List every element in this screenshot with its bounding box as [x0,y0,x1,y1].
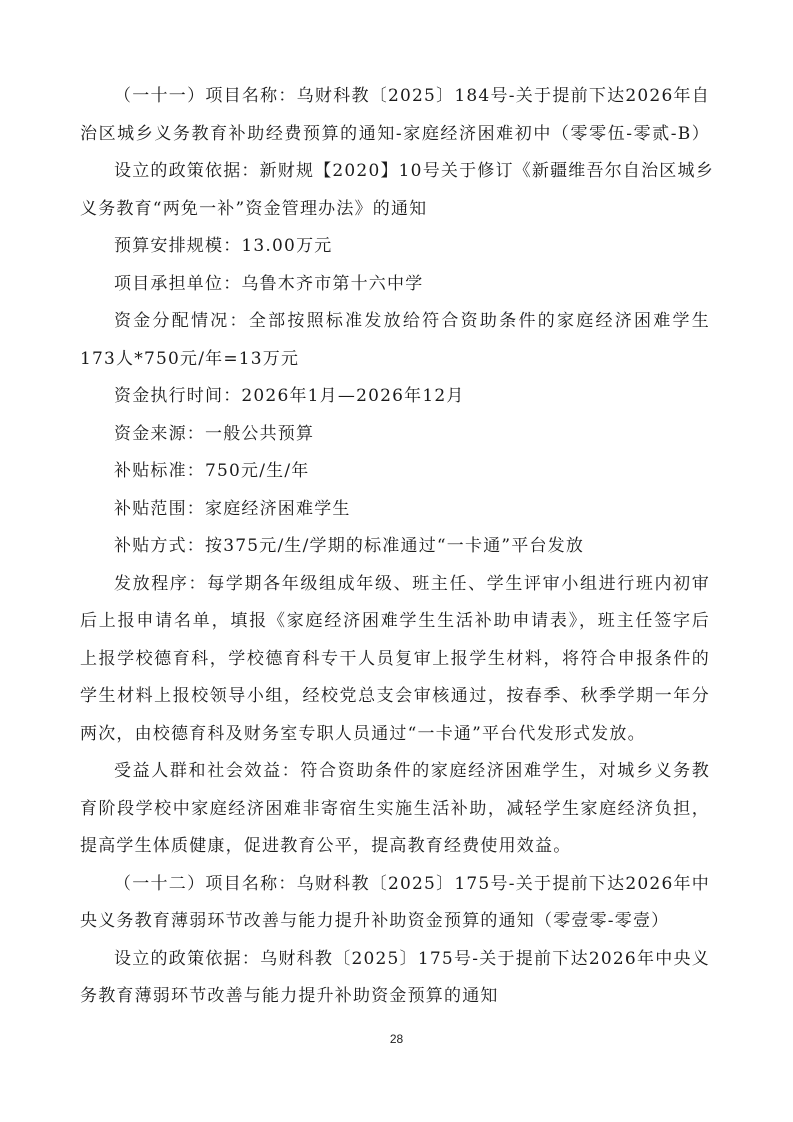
distribution-procedure-line-5: 两次，由校德育科及财务室专职人员通过“一卡通”平台代发形式发放。 [80,716,710,754]
fund-source: 资金来源：一般公共预算 [80,416,710,454]
document-page: （一十一）项目名称：乌财科教〔2025〕184号-关于提前下达2026年自 治区… [0,0,793,1122]
distribution-procedure-line-4: 学生材料上报校领导小组，经校党总支会审核通过，按春季、秋季学期一年分 [80,678,710,716]
subsidy-method: 补贴方式：按375元/生/学期的标准通过“一卡通”平台发放 [80,528,710,566]
beneficiaries-line-1: 受益人群和社会效益：符合资助条件的家庭经济困难学生，对城乡义务教 [80,753,710,791]
project-12-policy-line-2: 务教育薄弱环节改善与能力提升补助资金预算的通知 [80,978,710,1016]
distribution-procedure-line-3: 上报学校德育科，学校德育科专干人员复审上报学生材料，将符合申报条件的 [80,641,710,679]
project-11-title-line-2: 治区城乡义务教育补助经费预算的通知-家庭经济困难初中（零零伍-零贰-B） [80,116,710,154]
project-11-title-line-1: （一十一）项目名称：乌财科教〔2025〕184号-关于提前下达2026年自 [80,78,710,116]
distribution-procedure-line-1: 发放程序：每学期各年级组成年级、班主任、学生评审小组进行班内初审 [80,566,710,604]
beneficiaries-line-2: 育阶段学校中家庭经济困难非寄宿生实施生活补助，减轻学生家庭经济负担， [80,791,710,829]
budget-scale: 预算安排规模：13.00万元 [80,228,710,266]
document-body: （一十一）项目名称：乌财科教〔2025〕184号-关于提前下达2026年自 治区… [80,78,710,1016]
project-12-title-line-2: 央义务教育薄弱环节改善与能力提升补助资金预算的通知（零壹零-零壹） [80,903,710,941]
fund-allocation-line-2: 173人*750元/年=13万元 [80,341,710,379]
project-12-title-line-1: （一十二）项目名称：乌财科教〔2025〕175号-关于提前下达2026年中 [80,866,710,904]
beneficiaries-line-3: 提高学生体质健康，促进教育公平，提高教育经费使用效益。 [80,828,710,866]
policy-basis-line-1: 设立的政策依据：新财规【2020】10号关于修订《新疆维吾尔自治区城乡 [80,153,710,191]
project-12-policy-line-1: 设立的政策依据：乌财科教〔2025〕175号-关于提前下达2026年中央义 [80,941,710,979]
distribution-procedure-line-2: 后上报申请名单，填报《家庭经济困难学生生活补助申请表》，班主任签字后 [80,603,710,641]
fund-allocation-line-1: 资金分配情况：全部按照标准发放给符合资助条件的家庭经济困难学生 [80,303,710,341]
responsible-unit: 项目承担单位：乌鲁木齐市第十六中学 [80,266,710,304]
subsidy-standard: 补贴标准：750元/生/年 [80,453,710,491]
execution-period: 资金执行时间：2026年1月—2026年12月 [80,378,710,416]
page-number: 28 [0,1032,793,1046]
subsidy-scope: 补贴范围：家庭经济困难学生 [80,491,710,529]
policy-basis-line-2: 义务教育“两免一补”资金管理办法》的通知 [80,191,710,229]
